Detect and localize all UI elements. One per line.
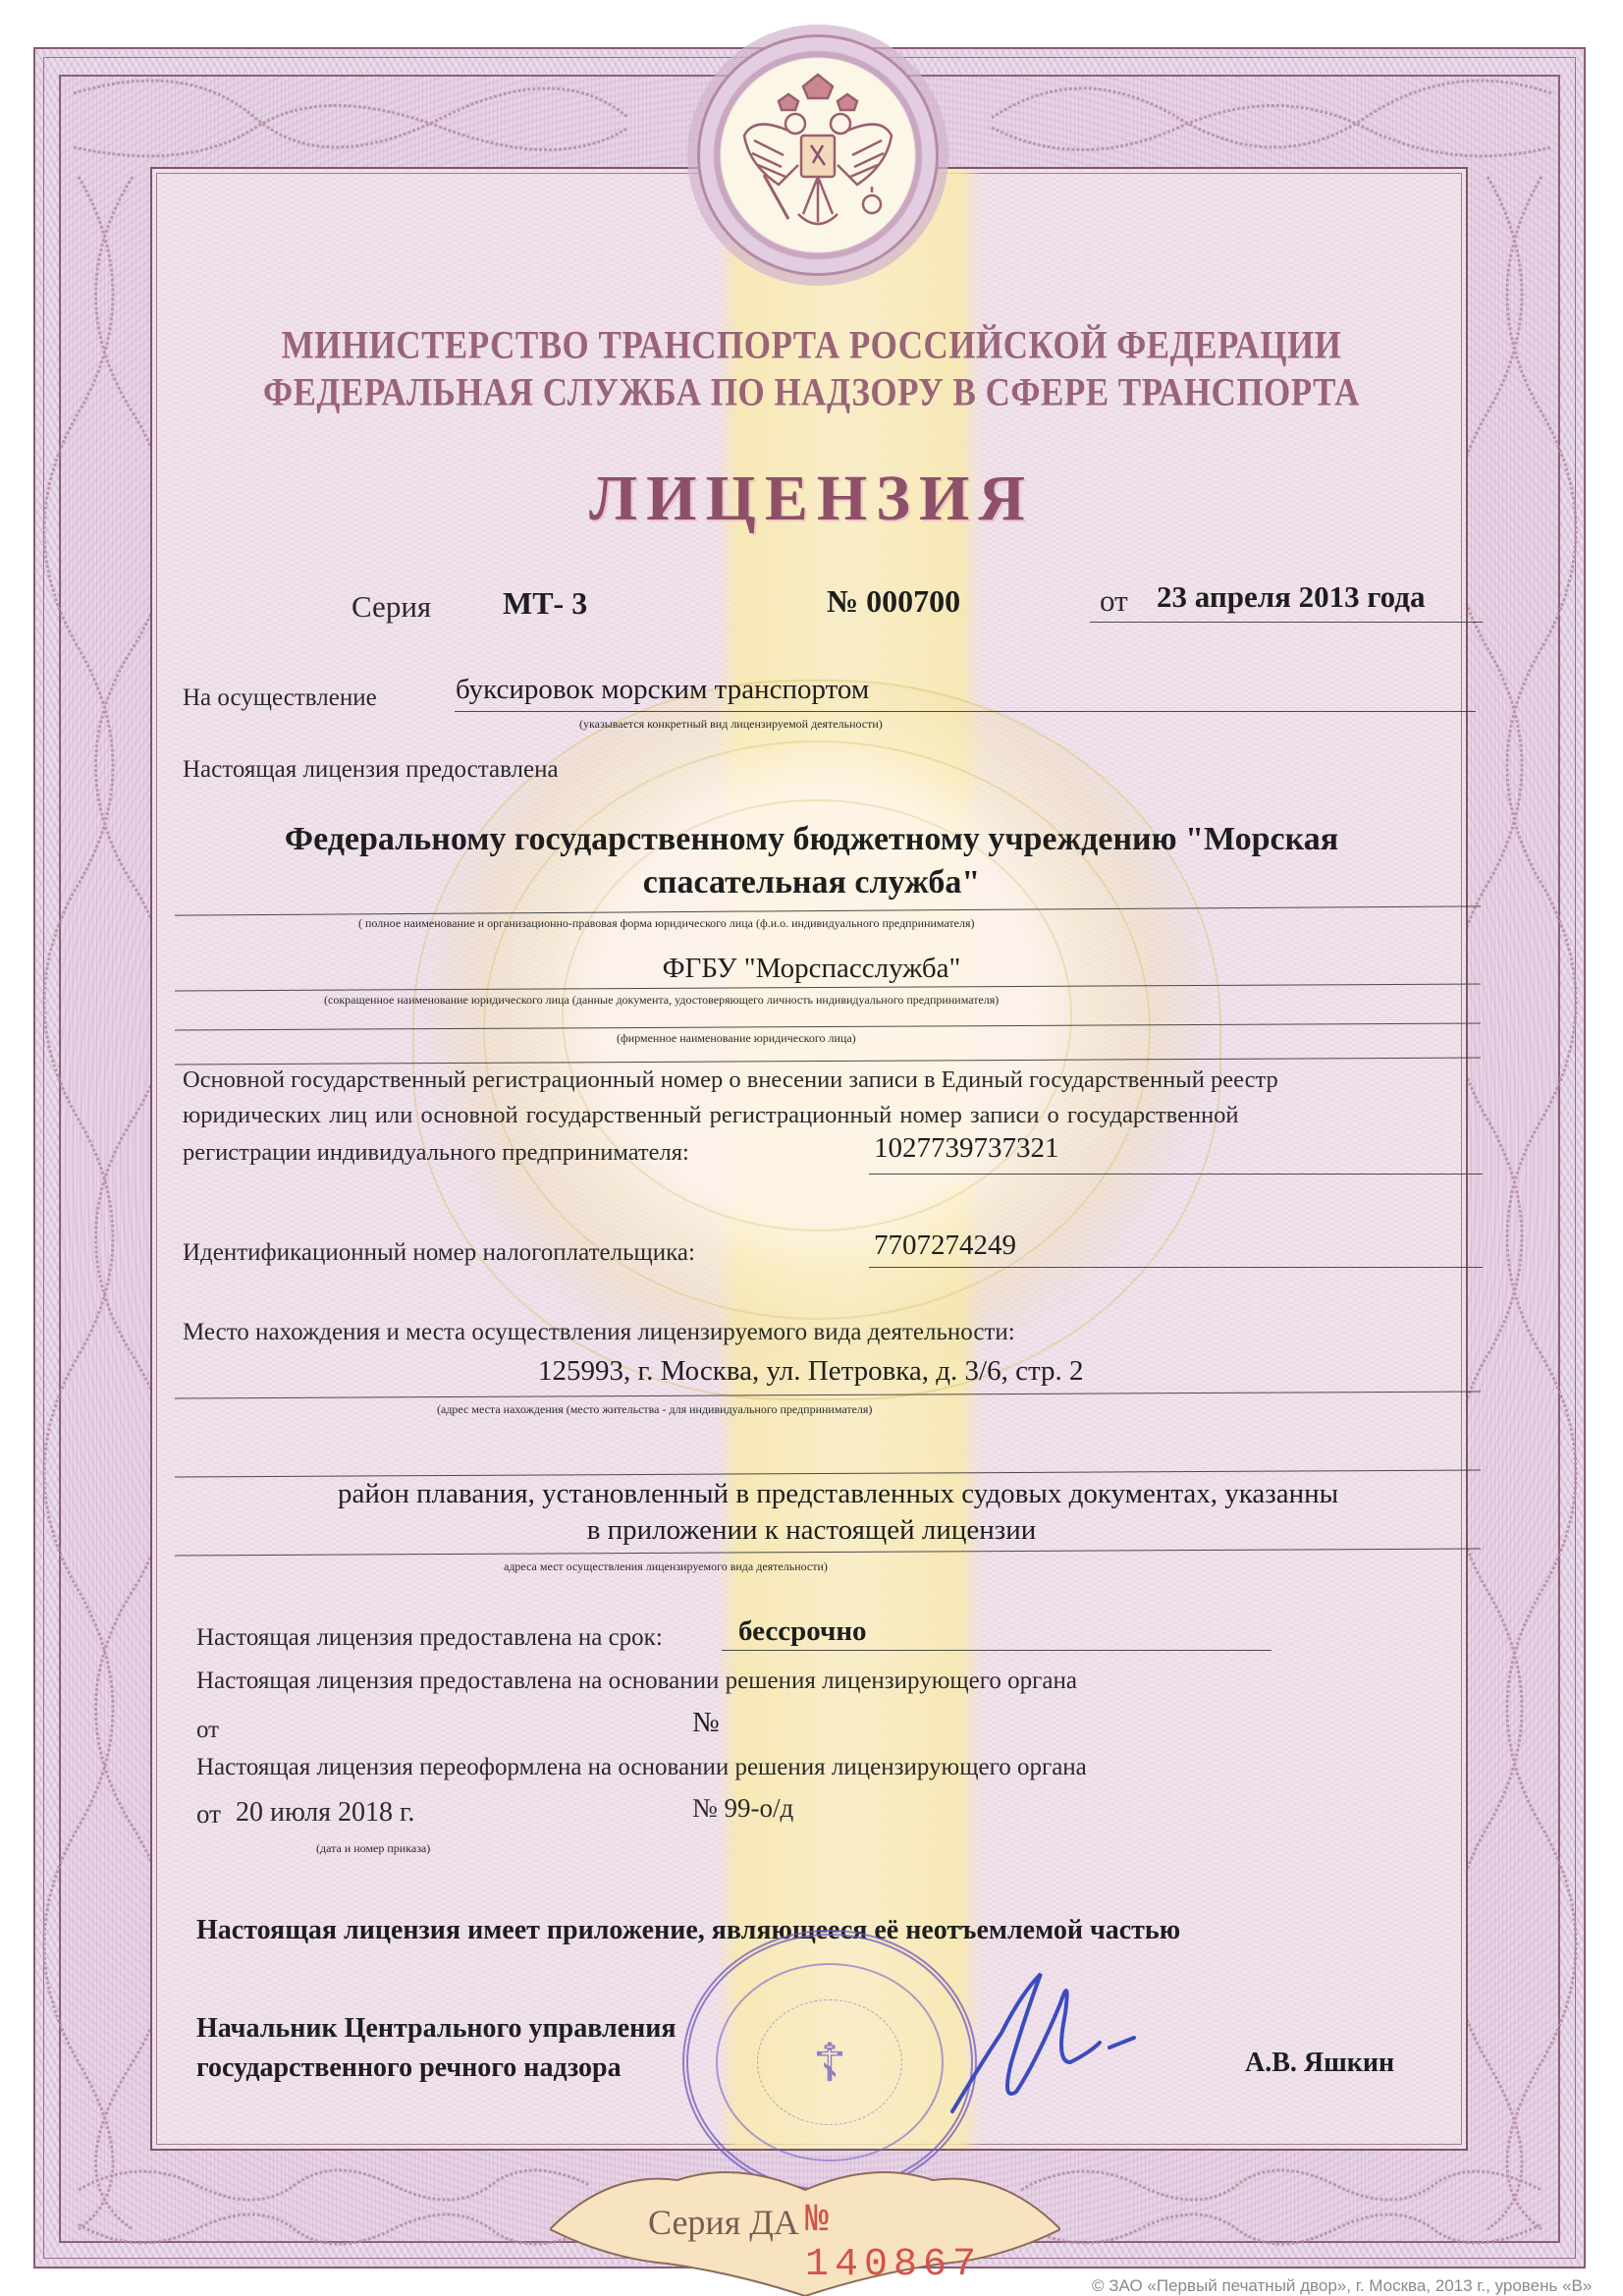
document-title: ЛИЦЕНЗИЯ <box>0 462 1623 536</box>
term-label: Настоящая лицензия предоставлена на срок… <box>196 1624 663 1652</box>
basis-label: Настоящая лицензия предоставлена на осно… <box>196 1667 1077 1695</box>
location-label: Место нахождения и места осуществления л… <box>183 1319 1015 1346</box>
date-label: от <box>1100 583 1128 619</box>
order-caption: (дата и номер приказа) <box>316 1841 430 1856</box>
activity-area-line1: район плавания, установленный в представ… <box>338 1478 1338 1510</box>
reissue-date: 20 июля 2018 г. <box>236 1797 414 1829</box>
term-underline <box>722 1650 1271 1651</box>
inn-value: 7707274249 <box>874 1230 1016 1262</box>
basis-number-label: № <box>692 1707 720 1739</box>
signatory-title-line1: Начальник Центрального управления <box>196 2013 676 2045</box>
ogrn-text-line2: юридических лиц или основной государстве… <box>183 1102 1239 1129</box>
licensee-intro: Настоящая лицензия предоставлена <box>183 756 559 784</box>
handwritten-signature-icon <box>943 1954 1198 2121</box>
activity-label: На осуществление <box>183 684 377 712</box>
printer-copyright: © ЗАО «Первый печатный двор», г. Москва,… <box>1092 2276 1592 2296</box>
basis-from-label: от <box>196 1717 219 1744</box>
number-value: 000700 <box>866 583 960 619</box>
ogrn-text-line1: Основной государственный регистрационный… <box>183 1066 1278 1094</box>
short-name-caption: (сокращенное наименование юридического л… <box>324 993 999 1008</box>
double-headed-eagle-icon <box>700 37 936 273</box>
date-underline <box>1090 622 1483 623</box>
form-number: № 140867 <box>805 2199 1001 2287</box>
issue-date: 23 апреля 2013 года <box>1157 579 1425 615</box>
address-caption: (адрес места нахождения (место жительств… <box>437 1402 872 1417</box>
reissue-label: Настоящая лицензия переоформлена на осно… <box>196 1754 1087 1781</box>
ogrn-underline <box>869 1174 1483 1175</box>
series-label: Серия <box>352 589 431 625</box>
agency-name: ФЕДЕРАЛЬНАЯ СЛУЖБА ПО НАДЗОРУ В СФЕРЕ ТР… <box>0 370 1623 415</box>
series-value: МТ- 3 <box>503 585 587 622</box>
emblem-medallion <box>697 34 939 276</box>
signatory-title-line2: государственного речного надзора <box>196 2052 622 2084</box>
activity-underline <box>455 711 1476 712</box>
activity-value: буксировок морским транспортом <box>456 674 869 706</box>
reissue-from-label: от <box>196 1799 221 1830</box>
ogrn-text-line3: регистрации индивидуального предпринимат… <box>183 1139 689 1167</box>
activity-area-caption: адреса мест осуществления лицензируемого… <box>504 1559 828 1574</box>
number-sign: № <box>827 583 858 619</box>
signatory-name: А.В. Яшкин <box>1245 2048 1394 2079</box>
brand-name-caption: (фирменное наименование юридического лиц… <box>617 1031 856 1046</box>
licensee-full-name-line1: Федеральному государственному бюджетному… <box>0 821 1623 858</box>
license-number: № 000700 <box>827 583 960 620</box>
licensee-full-name-line2: спасательная служба" <box>0 864 1623 902</box>
inn-underline <box>869 1267 1483 1268</box>
reissue-number: № 99-о/д <box>692 1793 793 1824</box>
address-value: 125993, г. Москва, ул. Петровка, д. 3/6,… <box>538 1355 1084 1388</box>
full-name-caption: ( полное наименование и организационно-п… <box>358 916 974 931</box>
form-series-label: Серия ДА <box>648 2202 799 2243</box>
licensee-short-name: ФГБУ "Морспасслужба" <box>0 953 1623 985</box>
ogrn-value: 1027739737321 <box>874 1132 1059 1165</box>
inn-label: Идентификационный номер налогоплательщик… <box>183 1239 695 1267</box>
ministry-name: МИНИСТЕРСТВО ТРАНСПОРТА РОССИЙСКОЙ ФЕДЕР… <box>0 323 1623 368</box>
form-series-plate: Серия ДА № 140867 <box>609 2172 1001 2280</box>
activity-caption: (указывается конкретный вид лицензируемо… <box>579 717 883 732</box>
activity-area-line2: в приложении к настоящей лицензии <box>0 1514 1623 1547</box>
term-value: бессрочно <box>738 1615 867 1648</box>
